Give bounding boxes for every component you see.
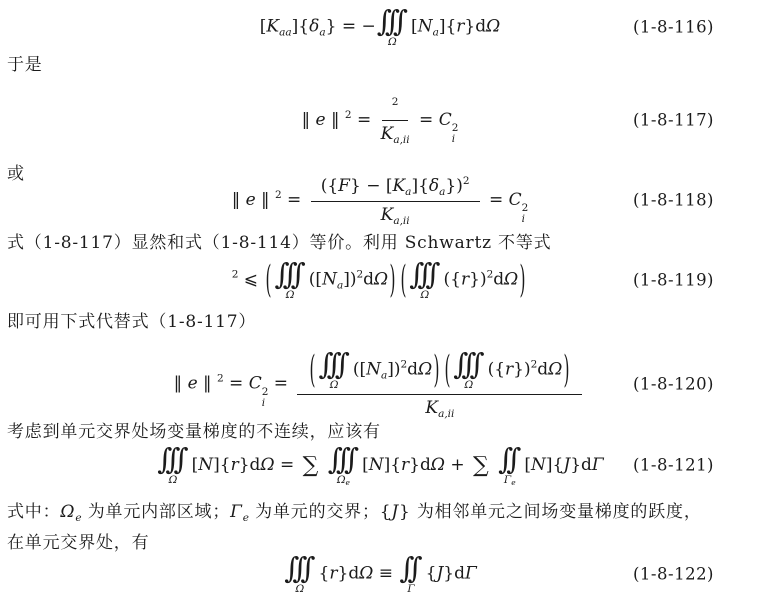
- equation-1-8-116: [Kaa]{δa} = −∫∫∫Ω[Na]{r}dΩ (1-8-116): [0, 2, 760, 52]
- math-token: =: [268, 374, 293, 394]
- math-token: 2: [382, 95, 409, 121]
- math-token: N: [322, 270, 337, 290]
- equation-body: ∫∫∫Ω[N]{r}dΩ = ∑ ∫∫∫Ωe[N]{r}dΩ + ∑ ∫∫Γe[…: [156, 444, 603, 487]
- math-token: 2: [275, 189, 282, 201]
- math-token: Ω: [421, 289, 430, 301]
- paren-group: (∫∫∫Ω([Na])2dΩ): [264, 259, 397, 301]
- math-token: 即可用下式代替式（1-8-117）: [7, 312, 256, 332]
- math-token: ({: [488, 360, 505, 380]
- math-token: Ω: [388, 36, 397, 48]
- math-token: (: [400, 258, 408, 302]
- math-token: ]{: [213, 455, 230, 475]
- equation-1-8-118: ‖ e ‖ 2 = ({F} − [Ka]{δa})2Ka,ii = C2i (…: [0, 172, 760, 228]
- paren-group: (∫∫∫Ω({r})2dΩ): [399, 259, 527, 301]
- math-token: ]): [387, 360, 400, 380]
- math-token: i: [522, 214, 525, 225]
- math-token: 为单元内部区域；: [82, 502, 231, 522]
- math-token: [321, 455, 326, 475]
- math-token: 式中：: [7, 502, 60, 522]
- integral-sign: ∫∫Γ: [399, 553, 422, 595]
- integral-domain: Ωe: [337, 475, 350, 487]
- math-token: =: [275, 455, 300, 475]
- math-token: Ω: [548, 360, 562, 380]
- math-token: ‖: [174, 374, 188, 394]
- math-token: ‖: [232, 190, 246, 210]
- equation-1-8-119: 2 ⩽ (∫∫∫Ω([Na])2dΩ)(∫∫∫Ω({r})2dΩ) (1-8-1…: [0, 251, 760, 309]
- math-token: Ka,ii: [381, 202, 410, 227]
- equation-body: ∫∫∫Ω{r}dΩ ≡ ∫∫Γ{J}dΓ: [283, 553, 477, 595]
- math-token: (∫∫∫Ω([Na])2dΩ)(∫∫∫Ω({r})2dΩ): [297, 348, 582, 395]
- math-token: ≡: [373, 564, 398, 584]
- math-token: 2i: [522, 203, 529, 225]
- math-token: C: [249, 374, 262, 394]
- integral-domain: Ω: [388, 37, 397, 48]
- math-token: Ω: [286, 289, 295, 301]
- math-token: r: [401, 455, 409, 475]
- fraction: (∫∫∫Ω([Na])2dΩ)(∫∫∫Ω({r})2dΩ)Ka,ii: [297, 348, 582, 420]
- math-token: K: [266, 17, 279, 37]
- math-token: 2: [217, 373, 224, 385]
- math-token: ({F} − [Ka]{δa})2: [311, 174, 480, 202]
- math-token: ∫∫∫Ω({r})2dΩ: [408, 259, 518, 301]
- paren-group: (∫∫∫Ω({r})2dΩ): [443, 349, 571, 391]
- equation-body: 2 ⩽ (∫∫∫Ω([Na])2dΩ)(∫∫∫Ω({r})2dΩ): [232, 259, 529, 301]
- summation-sign: ∑: [470, 453, 492, 478]
- math-token: K: [425, 398, 438, 418]
- textbook-page: [Kaa]{δa} = −∫∫∫Ω[Na]{r}dΩ (1-8-116) 于是 …: [0, 0, 760, 614]
- math-token: ]{: [439, 17, 456, 37]
- math-token: (: [309, 348, 317, 392]
- math-token: ∫∫∫: [284, 553, 315, 583]
- math-token: i: [262, 398, 265, 409]
- math-token: e: [246, 190, 256, 210]
- math-token: Ω: [465, 379, 474, 391]
- math-token: C: [439, 110, 452, 130]
- math-token: ]{: [384, 455, 401, 475]
- equation-number: (1-8-118): [633, 191, 714, 210]
- integral-sign: ∫∫∫Ω: [274, 259, 305, 301]
- math-token: Ω: [296, 583, 305, 595]
- math-token: }d: [464, 17, 486, 37]
- math-token: ‖: [256, 190, 275, 210]
- math-token: ‖: [198, 374, 217, 394]
- equation-1-8-117: ‖ e ‖ 2 = 2Ka,ii = C2i (1-8-117): [0, 76, 760, 164]
- integral-domain: Ω: [296, 584, 305, 595]
- math-token: δ: [309, 17, 319, 37]
- math-token: N: [366, 360, 381, 380]
- math-token: K: [381, 124, 394, 144]
- math-token: ]{: [546, 455, 563, 475]
- math-token: e: [315, 110, 325, 130]
- integral-sign: ∫∫∫Ωe: [328, 444, 359, 487]
- math-token: Ω: [504, 270, 518, 290]
- math-token: ‖: [326, 110, 345, 130]
- math-token: Ω: [330, 379, 339, 391]
- math-token: ): [519, 258, 527, 302]
- math-token: Ω: [337, 474, 346, 486]
- math-token: } − [: [350, 176, 393, 196]
- integral-domain: Ω: [465, 380, 474, 391]
- equation-number: (1-8-121): [633, 456, 714, 475]
- math-token: ]{: [292, 17, 309, 37]
- integral-domain: Γ: [407, 584, 414, 595]
- math-token: =: [352, 110, 377, 130]
- math-token: N: [198, 455, 213, 475]
- math-token: a,ii: [393, 215, 409, 227]
- math-token: N: [418, 17, 433, 37]
- math-token: C: [509, 190, 522, 210]
- math-token: 式（1-8-117）显然和式（1-8-114）等价。利用 Schwartz 不等…: [7, 233, 551, 253]
- math-token: (: [444, 348, 452, 392]
- math-token: r: [461, 270, 469, 290]
- math-token: 2i: [452, 123, 459, 145]
- math-token: ({: [321, 176, 338, 196]
- math-token: aa: [279, 27, 292, 39]
- integral-sign: ∫∫∫Ω: [377, 6, 408, 48]
- math-token: {: [426, 564, 437, 584]
- math-token: +: [445, 455, 470, 475]
- math-token: Ω: [260, 455, 274, 475]
- math-token: 2: [463, 175, 470, 187]
- math-token: r: [329, 564, 337, 584]
- integral-sign: ∫∫∫Ω: [409, 259, 440, 301]
- math-token: K: [381, 205, 394, 225]
- integral-sign: ∫∫∫Ω: [157, 444, 188, 486]
- equation-number: (1-8-117): [633, 111, 714, 130]
- math-token: ∫∫∫: [377, 6, 408, 36]
- math-token: ∫∫∫: [318, 349, 349, 379]
- math-token: ): [433, 348, 441, 392]
- integral-domain: Ω: [169, 475, 178, 486]
- integral-sign: ∫∫∫Ω: [284, 553, 315, 595]
- math-token: i: [452, 134, 455, 145]
- integral-sign: ∫∫∫Ω: [453, 349, 484, 391]
- math-token: } = −: [326, 17, 376, 37]
- math-token: N: [369, 455, 384, 475]
- math-token: }d: [239, 455, 261, 475]
- equation-number: (1-8-122): [633, 565, 714, 584]
- fraction: 2Ka,ii: [381, 95, 410, 146]
- math-token: 2: [392, 96, 399, 108]
- fraction: ({F} − [Ka]{δa})2Ka,ii: [311, 174, 480, 227]
- integral-sign: ∫∫Γe: [498, 444, 521, 487]
- math-token: Ω: [418, 360, 432, 380]
- math-token: 于是: [7, 55, 43, 75]
- paragraph-thus: 于是: [0, 50, 760, 75]
- math-token: d: [537, 360, 548, 380]
- equation-1-8-122: ∫∫∫Ω{r}dΩ ≡ ∫∫Γ{J}dΓ (1-8-122): [0, 546, 760, 602]
- math-token: 2: [452, 123, 459, 134]
- math-token: =: [282, 190, 307, 210]
- paragraph-equivalence-schwartz: 式（1-8-117）显然和式（1-8-114）等价。利用 Schwartz 不等…: [0, 228, 760, 253]
- math-token: F: [338, 176, 350, 196]
- math-token: d: [363, 270, 374, 290]
- math-token: ∫∫: [498, 444, 521, 474]
- math-token: ): [563, 348, 571, 392]
- math-token: Ω: [486, 17, 500, 37]
- math-token: Ω: [359, 564, 373, 584]
- math-token: =: [224, 374, 249, 394]
- math-token: K: [392, 176, 405, 196]
- math-token: ]): [343, 270, 356, 290]
- paren-group: (∫∫∫Ω([Na])2dΩ): [308, 349, 441, 391]
- math-token: Ω: [60, 502, 75, 522]
- equation-body: ‖ e ‖ 2 = 2Ka,ii = C2i: [302, 95, 459, 146]
- math-token: }d: [338, 564, 360, 584]
- equation-number: (1-8-116): [633, 18, 714, 37]
- math-token: ∫∫∫Ω([Na])2dΩ: [273, 259, 388, 301]
- math-token: ([: [309, 270, 322, 290]
- math-token: d: [493, 270, 504, 290]
- math-token: 2: [345, 109, 352, 121]
- math-token: δ: [429, 176, 439, 196]
- math-token: ‖: [302, 110, 316, 130]
- math-token: ({: [444, 270, 461, 290]
- equation-body: [Kaa]{δa} = −∫∫∫Ω[Na]{r}dΩ: [260, 6, 500, 48]
- math-token: Γ: [407, 583, 414, 595]
- integral-domain: Ω: [330, 380, 339, 391]
- math-token: {: [319, 564, 330, 584]
- math-token: ⩽: [238, 270, 263, 290]
- paragraph-substitute: 即可用下式代替式（1-8-117）: [0, 307, 760, 332]
- equation-number: (1-8-120): [633, 375, 714, 394]
- equation-number: (1-8-119): [633, 271, 714, 290]
- math-token: ∫∫∫: [409, 259, 440, 289]
- math-token: ∫∫∫: [328, 444, 359, 474]
- math-token: Γ: [230, 502, 243, 522]
- math-token: [492, 455, 497, 475]
- math-token: a,ii: [393, 134, 409, 146]
- math-token: [: [411, 17, 418, 37]
- math-token: r: [231, 455, 239, 475]
- math-token: d: [407, 360, 418, 380]
- math-token: }d: [443, 564, 465, 584]
- math-token: ): [389, 258, 397, 302]
- math-token: ∫∫∫Ω([Na])2dΩ: [317, 349, 432, 391]
- math-token: ∫∫∫: [274, 259, 305, 289]
- summation-sign: ∑: [300, 453, 322, 478]
- equation-body: ‖ e ‖ 2 = C2i = (∫∫∫Ω([Na])2dΩ)(∫∫∫Ω({r}…: [174, 348, 587, 420]
- math-token: }d: [409, 455, 431, 475]
- math-token: 2: [522, 203, 529, 214]
- math-token: N: [531, 455, 546, 475]
- math-token: ∫∫∫: [453, 349, 484, 379]
- math-token: }d: [570, 455, 592, 475]
- math-token: e: [188, 374, 198, 394]
- integral-domain: Ω: [421, 290, 430, 301]
- math-token: Γ: [592, 455, 604, 475]
- math-token: (: [265, 258, 273, 302]
- equation-body: ‖ e ‖ 2 = ({F} − [Ka]{δa})2Ka,ii = C2i: [232, 174, 529, 227]
- integral-domain: Γe: [504, 475, 516, 487]
- integral-sign: ∫∫∫Ω: [318, 349, 349, 391]
- math-token: }): [445, 176, 462, 196]
- math-token: Ω: [374, 270, 388, 290]
- math-token: Ω: [169, 474, 178, 486]
- math-token: e: [346, 478, 350, 487]
- math-token: ]{: [411, 176, 428, 196]
- math-token: }): [469, 270, 486, 290]
- math-token: 为单元的交界；{: [249, 502, 391, 522]
- math-token: Ka,ii: [381, 121, 410, 146]
- math-token: r: [505, 360, 513, 380]
- equation-1-8-121: ∫∫∫Ω[N]{r}dΩ = ∑ ∫∫∫Ωe[N]{r}dΩ + ∑ ∫∫Γe[…: [0, 437, 760, 493]
- math-token: }): [513, 360, 530, 380]
- math-token: e: [511, 478, 515, 487]
- math-token: [: [362, 455, 369, 475]
- math-token: ([: [353, 360, 366, 380]
- math-token: } 为相邻单元之间场变量梯度的跃度，: [399, 502, 702, 522]
- math-token: Γ: [465, 564, 477, 584]
- math-token: Ω: [431, 455, 445, 475]
- math-token: =: [414, 110, 439, 130]
- math-token: J: [391, 502, 399, 522]
- math-token: ∫∫: [399, 553, 422, 583]
- math-token: ∫∫∫: [157, 444, 188, 474]
- math-token: =: [484, 190, 509, 210]
- paragraph-where-definitions: 式中：Ωe 为单元内部区域；Γe 为单元的交界；{J} 为相邻单元之间场变量梯度…: [0, 497, 760, 524]
- integral-domain: Ω: [286, 290, 295, 301]
- math-token: ∫∫∫Ω({r})2dΩ: [452, 349, 562, 391]
